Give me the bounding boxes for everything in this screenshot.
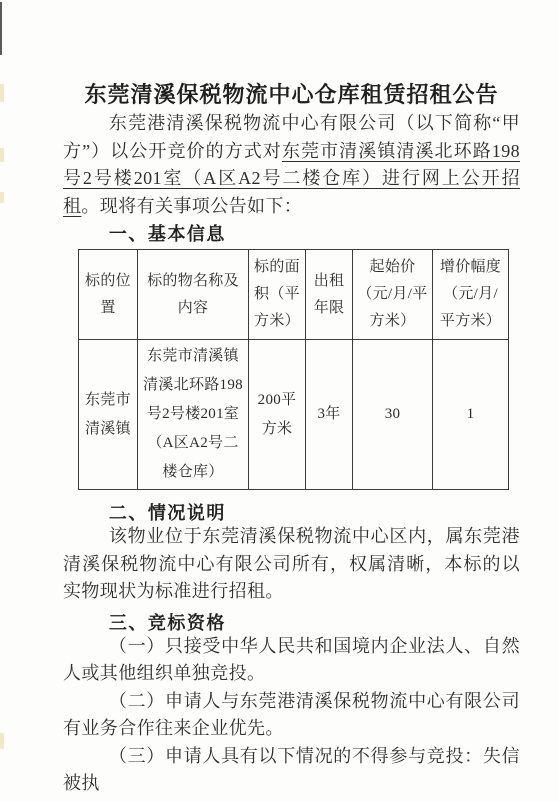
header-cell-lease-term: 出租年限 [306, 250, 353, 340]
scan-edge-artifact [0, 2, 2, 55]
scan-artifact [0, 733, 4, 749]
basic-info-table: 标的位置 标的物名称及内容 标的面积（平方米） 出租年限 起始价（元/月/平方米… [78, 249, 509, 490]
cell-name-content: 东莞市清溪镇清溪北环路198号2号楼201室（A区A2号二楼仓库） [138, 340, 249, 490]
cell-increment: 1 [433, 340, 509, 490]
cell-lease-term: 3年 [306, 340, 353, 490]
scan-artifact [0, 84, 4, 102]
header-cell-start-price: 起始价（元/月/平方米） [353, 250, 433, 340]
scan-artifact [0, 148, 4, 162]
header-cell-name-content: 标的物名称及内容 [138, 250, 249, 340]
document-content: 东莞清溪保税物流中心仓库租赁招租公告 东莞港清溪保税物流中心有限公司（以下简称“… [63, 0, 520, 798]
table-data-row: 东莞市清溪镇 东莞市清溪镇清溪北环路198号2号楼201室（A区A2号二楼仓库）… [79, 340, 509, 490]
section-heading-situation: 二、情况说明 [63, 503, 520, 523]
document-page: 东莞清溪保税物流中心仓库租赁招租公告 东莞港清溪保税物流中心有限公司（以下简称“… [0, 0, 559, 802]
situation-paragraph: 该物业位于东莞清溪保税物流中心区内，属东莞港清溪保税物流中心有限公司所有，权属清… [63, 523, 520, 606]
document-title: 东莞清溪保税物流中心仓库租赁招租公告 [63, 80, 520, 110]
cell-start-price: 30 [353, 340, 433, 490]
qualification-item-1: （一）只接受中华人民共和国境内企业法人、自然人或其他组织单独竞投。 [63, 633, 520, 688]
cell-location: 东莞市清溪镇 [79, 340, 138, 490]
section-heading-basic-info: 一、基本信息 [63, 224, 520, 244]
table-header-row: 标的位置 标的物名称及内容 标的面积（平方米） 出租年限 起始价（元/月/平方米… [79, 250, 509, 340]
intro-paragraph: 东莞港清溪保税物流中心有限公司（以下简称“甲方”）以公开竞价的方式对东莞市清溪镇… [63, 110, 520, 220]
header-cell-area: 标的面积（平方米） [249, 250, 306, 340]
qualification-item-3: （三）申请人具有以下情况的不得参与竞投：失信被执 [63, 743, 520, 798]
intro-text-tail: 。现将有关事项公告如下： [81, 196, 302, 216]
qualification-item-2: （二）申请人与东莞港清溪保税物流中心有限公司有业务合作往来企业优先。 [63, 688, 520, 743]
header-cell-increment: 增价幅度（元/月/平方米） [433, 250, 509, 340]
section-heading-qualification: 三、竞标资格 [63, 613, 520, 633]
header-cell-location: 标的位置 [79, 250, 138, 340]
cell-area: 200平方米 [249, 340, 306, 490]
scan-artifact [0, 192, 4, 203]
